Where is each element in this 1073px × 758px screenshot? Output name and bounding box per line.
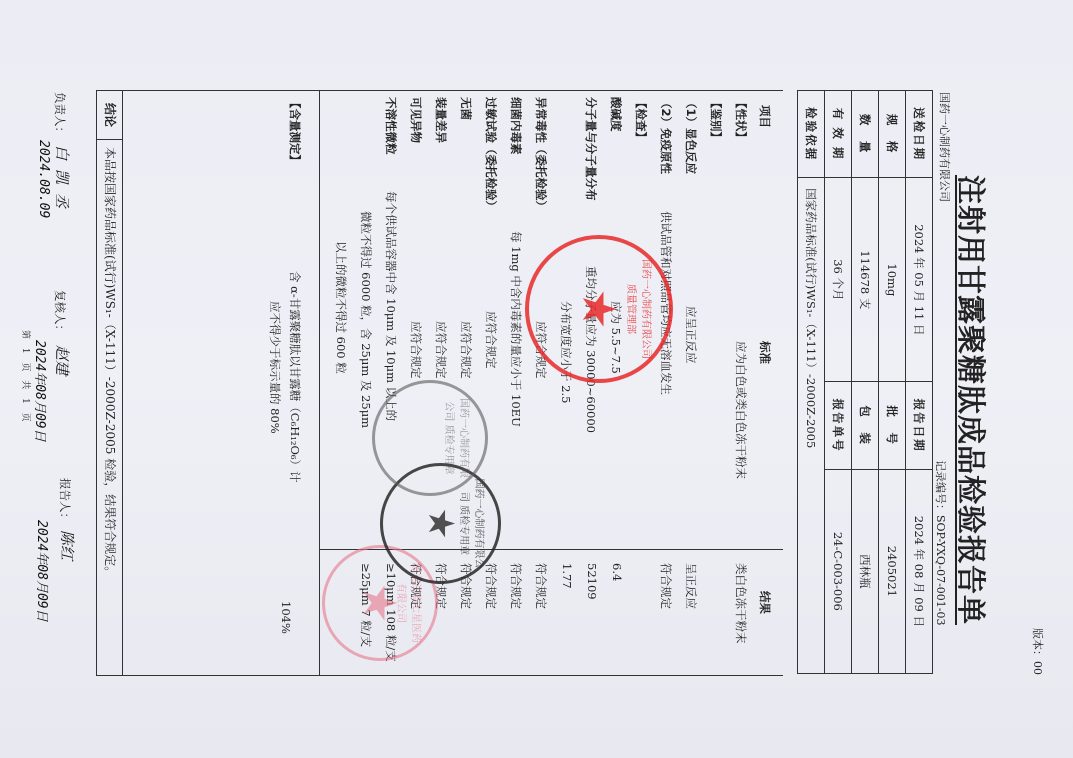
report-title: 注射用甘露聚糖肽成品检验报告单	[952, 120, 993, 680]
page-number: 第 1 页 共 1 页	[20, 330, 33, 425]
row-item: 异常毒性（委托检验）	[533, 97, 549, 212]
scanned-report-page: 版本：00 注射用甘露聚糖肽成品检验报告单 国药一心制药有限公司 记录编号：SO…	[0, 0, 1073, 758]
company-name: 国药一心制药有限公司	[937, 92, 953, 202]
package-label: 包 装	[852, 382, 879, 469]
row-item: 细菌内毒素	[508, 97, 524, 155]
basis-value: 国家药品标准(试行)WS₁-（X-111）-2000Z-2005	[798, 178, 825, 674]
col-item-header: 项目	[757, 105, 773, 128]
row-result: 类白色冻干粉末	[733, 563, 749, 644]
col-standard-header: 标准	[757, 341, 773, 364]
row-item: （2）免疫原性	[658, 97, 674, 174]
row-result: 符合规定	[533, 563, 549, 609]
column-divider	[320, 549, 783, 550]
package-value: 西林瓶	[852, 469, 879, 673]
row-standard: 应为白色或类白色冻干粉末	[733, 341, 749, 479]
validity-value: 36 个月	[825, 178, 852, 382]
row-result: ≥10μm 108 粒/支	[383, 563, 399, 662]
row-standard: 应符合规定	[458, 321, 474, 379]
reporter-date: 2024年08月09日	[34, 520, 53, 622]
row-result: 符合规定	[658, 563, 674, 609]
results-table: 项目 标准 结果 【性状】应为白色或类白色冻干粉末类白色冻干粉末【鉴别】（1）显…	[122, 90, 783, 676]
row-standard: 重均分子量应为 30000~60000	[583, 266, 599, 433]
row-result: 1.77	[560, 563, 574, 589]
row-item: 装量差异	[433, 97, 449, 143]
responsible-date: 2024.08.09	[36, 140, 51, 218]
row-item: 可见异物	[408, 97, 424, 143]
report-no-label: 报告单号	[825, 382, 852, 469]
row-standard: 每 1mg 中含内毒素的量应小于 10EU	[508, 231, 524, 427]
quantity-label: 数 量	[852, 91, 879, 178]
record-number: 记录编号：SOP-YXQ-07-001-03	[933, 460, 949, 626]
spec-label: 规 格	[879, 91, 906, 178]
version-label: 版本：00	[1030, 628, 1046, 675]
row-standard: 应符合规定	[433, 321, 449, 379]
row-result: 呈正反应	[683, 563, 699, 609]
conclusion-row: 结论 本品按国家药品标准(试行)WS₁-（X-111）-2000Z-2005 检…	[96, 90, 123, 676]
row-result: 符合规定	[458, 563, 474, 609]
row-standard: 应符合规定	[408, 321, 424, 379]
row-standard: 应符合规定	[483, 311, 499, 369]
col-result-header: 结果	[757, 591, 773, 614]
row-item: 【检查】	[633, 97, 649, 143]
row-standard: 应为 5.5~7.5	[608, 301, 624, 374]
row-result: ≥25μm 7 粒/支	[358, 563, 374, 647]
assay-item: 【含量测定】	[287, 97, 303, 166]
row-item: 过敏试验（委托检验）	[483, 97, 499, 212]
row-result: 52109	[585, 563, 599, 600]
report-date-value: 2024 年 08 月 09 日	[906, 469, 933, 673]
report-no-value: 24-C-003-006	[825, 469, 852, 673]
row-result: 6.4	[610, 563, 624, 581]
assay-standard-2: 应不得少于标示量的 80%	[267, 301, 283, 434]
row-item: （1）显色反应	[683, 97, 699, 174]
batch-value: 2405021	[879, 469, 906, 673]
reporter-signature: 陈红	[57, 530, 78, 560]
send-date-value: 2024 年 05 月 11 日	[906, 178, 933, 382]
row-standard: 应符合规定	[533, 321, 549, 379]
reporter-label: 报告人：	[57, 478, 73, 524]
reviewer-signature: 赵建	[52, 345, 73, 375]
row-result: 符合规定	[433, 563, 449, 609]
info-table: 送检日期 2024 年 05 月 11 日 报告日期 2024 年 08 月 0…	[797, 90, 933, 674]
responsible-label: 负责人：	[52, 92, 68, 138]
assay-standard-1: 含 α-甘露聚糖肽以甘露糖（C₆H₁₂O₆）计	[287, 271, 303, 483]
row-divider	[319, 91, 320, 675]
row-item: 不溶性微粒	[383, 97, 399, 155]
row-standard: 微粒不得过 6000 粒，含 25μm 及 25μm	[358, 211, 374, 428]
row-standard: 供试品管和对照品管均应无溶血发生	[658, 211, 674, 395]
conclusion-text: 本品按国家药品标准(试行)WS₁-（X-111）-2000Z-2005 检验，结…	[97, 147, 123, 578]
spec-value: 10mg	[879, 178, 906, 382]
row-item: 酸碱度	[608, 97, 624, 132]
reviewer-label: 复核人：	[52, 290, 68, 336]
row-standard: 分布宽度应小于 2.5	[558, 301, 574, 403]
row-item: 无菌	[458, 97, 474, 120]
row-result: 符合规定	[508, 563, 524, 609]
send-date-label: 送检日期	[906, 91, 933, 178]
row-standard: 应呈正反应	[683, 306, 699, 364]
row-standard: 以上的微粒不得过 600 粒	[333, 241, 349, 374]
row-result: 符合规定	[483, 563, 499, 609]
row-item: 【性状】	[733, 97, 749, 143]
report-date-label: 报告日期	[906, 382, 933, 469]
conclusion-label: 结论	[97, 91, 123, 140]
reviewer-date: 2024年08月09日	[32, 340, 51, 442]
basis-label: 检验依据	[798, 91, 825, 178]
row-item: 分子量与分子量分布	[583, 97, 599, 201]
validity-label: 有 效 期	[825, 91, 852, 178]
row-result: 符合规定	[408, 563, 424, 609]
row-item: 【鉴别】	[708, 97, 724, 143]
row-standard: 每个供试品容器中含 10μm 及 10μm 以上的	[383, 191, 399, 421]
responsible-signature: 白 凯 丞	[52, 145, 73, 208]
quantity-value: 114678 支	[852, 178, 879, 382]
assay-result: 104%	[279, 601, 293, 634]
batch-label: 批 号	[879, 382, 906, 469]
